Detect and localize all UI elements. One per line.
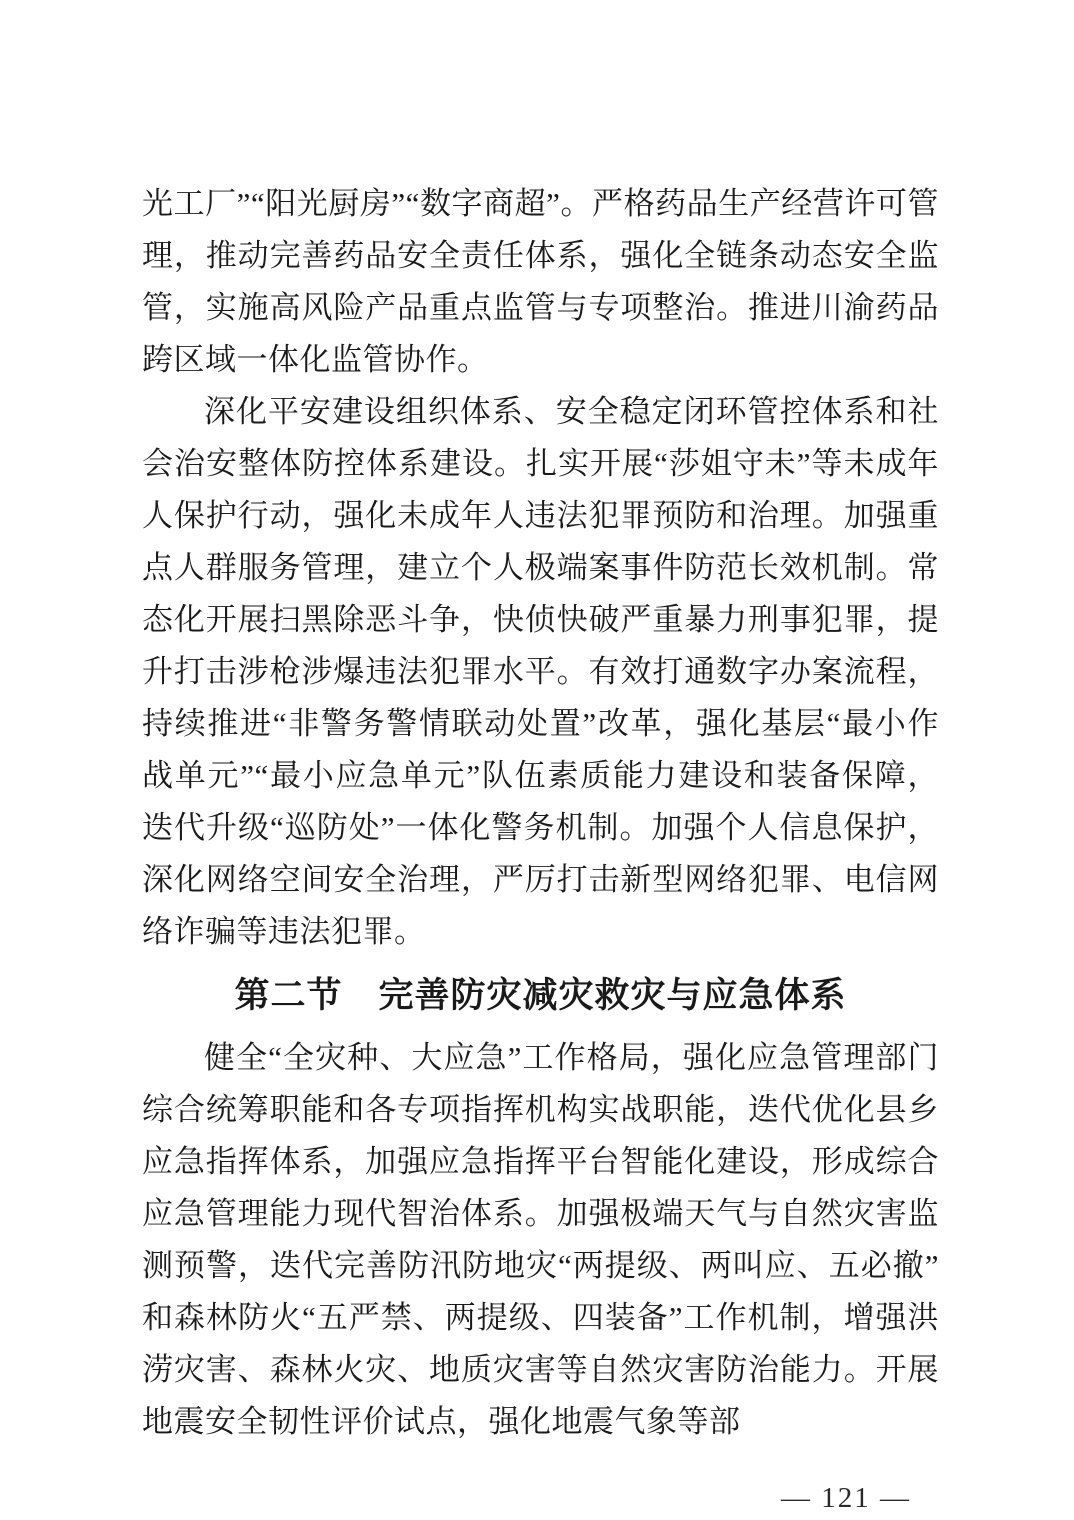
document-page: 光工厂”“阳光厨房”“数字商超”。严格药品生产经营许可管理，推动完善药品安全责任… (0, 0, 1074, 1520)
paragraph-emergency-system: 健全“全灾种、大应急”工作格局，强化应急管理部门综合统筹职能和各专项指挥机构实战… (142, 1032, 939, 1448)
page-number: — 121 — (142, 1480, 939, 1516)
paragraph-continued-drug-regulation: 光工厂”“阳光厨房”“数字商超”。严格药品生产经营许可管理，推动完善药品安全责任… (142, 178, 939, 386)
paragraph-public-safety: 深化平安建设组织体系、安全稳定闭环管控体系和社会治安整体防控体系建设。扎实开展“… (142, 386, 939, 958)
section-heading: 第二节 完善防灾减灾救灾与应急体系 (142, 970, 939, 1022)
page-body: 光工厂”“阳光厨房”“数字商超”。严格药品生产经营许可管理，推动完善药品安全责任… (142, 178, 939, 1516)
